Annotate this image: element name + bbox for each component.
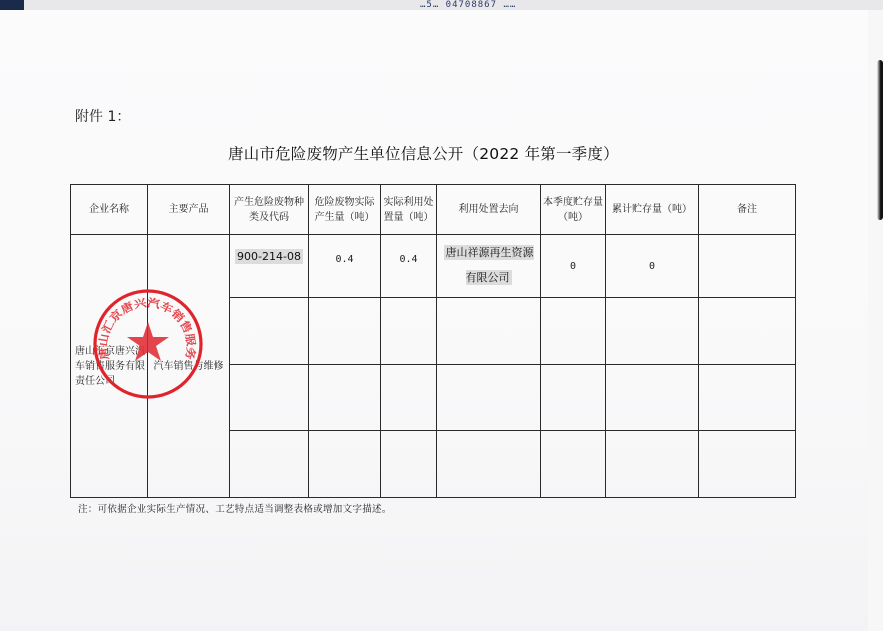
page-title: 唐山市危险废物产生单位信息公开（2022 年第一季度） bbox=[228, 142, 619, 164]
company-name: 唐山汇京唐兴汽车销售服务有限责任公司 bbox=[75, 346, 145, 387]
actual-generated-cell bbox=[309, 298, 381, 365]
actual-generated-cell: 0.4 bbox=[309, 235, 381, 298]
company-name-cell: 唐山汇京唐兴汽车销售服务有限责任公司 bbox=[71, 235, 148, 498]
disposal-destination: 唐山祥源再生资源有限公司 bbox=[444, 245, 534, 285]
main-product-cell: 汽车销售与维修 bbox=[148, 235, 230, 498]
waste-code-cell: 900-214-08 bbox=[230, 235, 309, 298]
actual-generated-cell bbox=[309, 431, 381, 498]
header-disposal-destination: 利用处置去向 bbox=[437, 185, 541, 235]
actual-disposed-cell bbox=[381, 364, 437, 431]
remarks-cell bbox=[699, 364, 796, 431]
cumulative-storage-cell bbox=[606, 298, 699, 365]
header-cumulative-storage: 累计贮存量（吨） bbox=[606, 185, 699, 235]
cumulative-storage-cell: 0 bbox=[606, 235, 699, 298]
cumulative-storage-cell bbox=[606, 364, 699, 431]
table-row: 唐山汇京唐兴汽车销售服务有限责任公司 汽车销售与维修 900-214-08 0.… bbox=[71, 235, 796, 298]
remarks-cell bbox=[699, 298, 796, 365]
header-actual-disposed: 实际利用处置量（吨） bbox=[381, 185, 437, 235]
attachment-label: 附件 1： bbox=[75, 106, 130, 126]
footnote: 注：可依据企业实际生产情况、工艺特点适当调整表格或增加文字描述。 bbox=[78, 501, 392, 515]
table-header-row: 企业名称 主要产品 产生危险废物种类及代码 危险废物实际产生量（吨） 实际利用处… bbox=[71, 185, 796, 235]
actual-disposed-cell: 0.4 bbox=[381, 235, 437, 298]
scan-header-fragment: …5… 04708867 …… bbox=[420, 0, 516, 10]
quarter-storage-cell bbox=[541, 364, 606, 431]
cumulative-storage-cell bbox=[606, 431, 699, 498]
waste-code: 900-214-08 bbox=[235, 249, 303, 264]
header-company-name: 企业名称 bbox=[71, 185, 148, 235]
quarter-storage-cell: 0 bbox=[541, 235, 606, 298]
scan-binding-edge bbox=[877, 60, 883, 220]
header-main-product: 主要产品 bbox=[148, 185, 230, 235]
actual-disposed-cell bbox=[381, 298, 437, 365]
waste-info-table: 企业名称 主要产品 产生危险废物种类及代码 危险废物实际产生量（吨） 实际利用处… bbox=[70, 184, 796, 498]
disposal-destination-cell bbox=[437, 431, 541, 498]
header-actual-generated: 危险废物实际产生量（吨） bbox=[309, 185, 381, 235]
disposal-destination-cell: 唐山祥源再生资源有限公司 bbox=[437, 235, 541, 298]
disposal-destination-cell bbox=[437, 298, 541, 365]
actual-disposed-cell bbox=[381, 431, 437, 498]
remarks-cell bbox=[699, 431, 796, 498]
waste-code-cell bbox=[230, 298, 309, 365]
header-remarks: 备注 bbox=[699, 185, 796, 235]
remarks-cell bbox=[699, 235, 796, 298]
quarter-storage-cell bbox=[541, 298, 606, 365]
disposal-destination-cell bbox=[437, 364, 541, 431]
waste-code-cell bbox=[230, 431, 309, 498]
waste-code-cell bbox=[230, 364, 309, 431]
actual-generated-cell bbox=[309, 364, 381, 431]
header-quarter-storage: 本季度贮存量（吨） bbox=[541, 185, 606, 235]
quarter-storage-cell bbox=[541, 431, 606, 498]
main-product: 汽车销售与维修 bbox=[154, 361, 224, 372]
header-waste-type-code: 产生危险废物种类及代码 bbox=[230, 185, 309, 235]
